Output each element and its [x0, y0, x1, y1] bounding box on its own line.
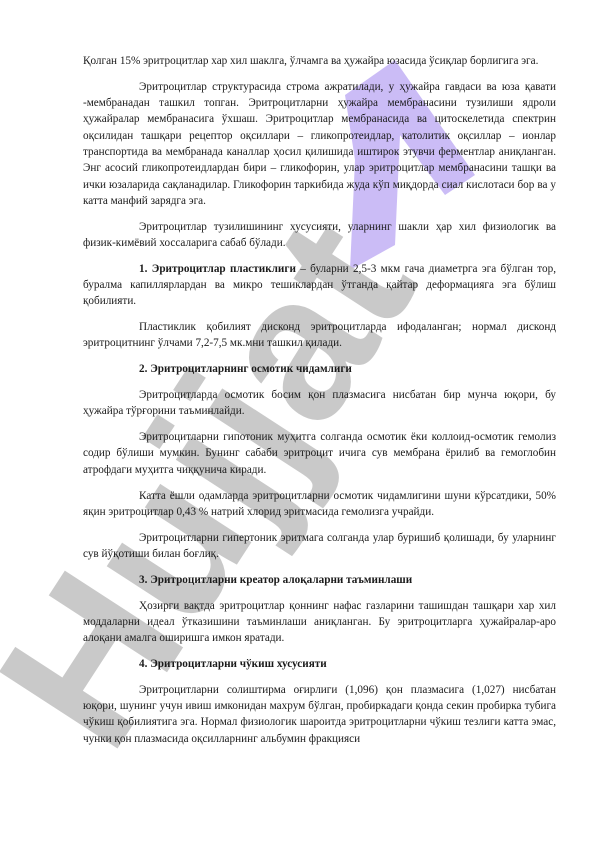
section-heading: 2. Эритроцитларнинг осмотик чидамлиги: [83, 361, 556, 377]
paragraph: Пластиклик қобилият дисконд эритроцитлар…: [83, 319, 556, 352]
section-heading: 3. Эритроцитларни креатор алоқаларни таъ…: [83, 572, 556, 588]
paragraph: Эритроцитларни гипотоник муҳитга солганд…: [83, 429, 556, 478]
paragraph-lead-term: 1. Эритроцитлар пластиклиги: [139, 263, 296, 275]
paragraph: Эритроцитлар структурасида строма ажрати…: [83, 79, 556, 209]
paragraph: Ҳозирги вақтда эритроцитлар қоннинг нафа…: [83, 598, 556, 647]
document-body: Қолган 15% эритроцитлар хар хил шаклга, …: [83, 53, 556, 756]
paragraph: Эритроцитлар тузилишининг хусусияти, ула…: [83, 219, 556, 252]
paragraph: Эритроцитларда осмотик босим қон плазмас…: [83, 387, 556, 420]
paragraph: Катта ёшли одамларда эритроцитларни осмо…: [83, 488, 556, 521]
document-page: Hujjat Қолган 15% эритроцитлар хар хил ш…: [0, 0, 596, 842]
paragraph: Эритроцитларни солиштирма оғирлиги (1,09…: [83, 682, 556, 747]
paragraph: 1. Эритроцитлар пластиклиги – буларни 2,…: [83, 261, 556, 310]
paragraph: Эритроцитларни гипертоник эритмага солга…: [83, 530, 556, 563]
paragraph: Қолган 15% эритроцитлар хар хил шаклга, …: [83, 53, 556, 69]
section-heading: 4. Эритроцитларни чўкиш хусусияти: [83, 656, 556, 672]
